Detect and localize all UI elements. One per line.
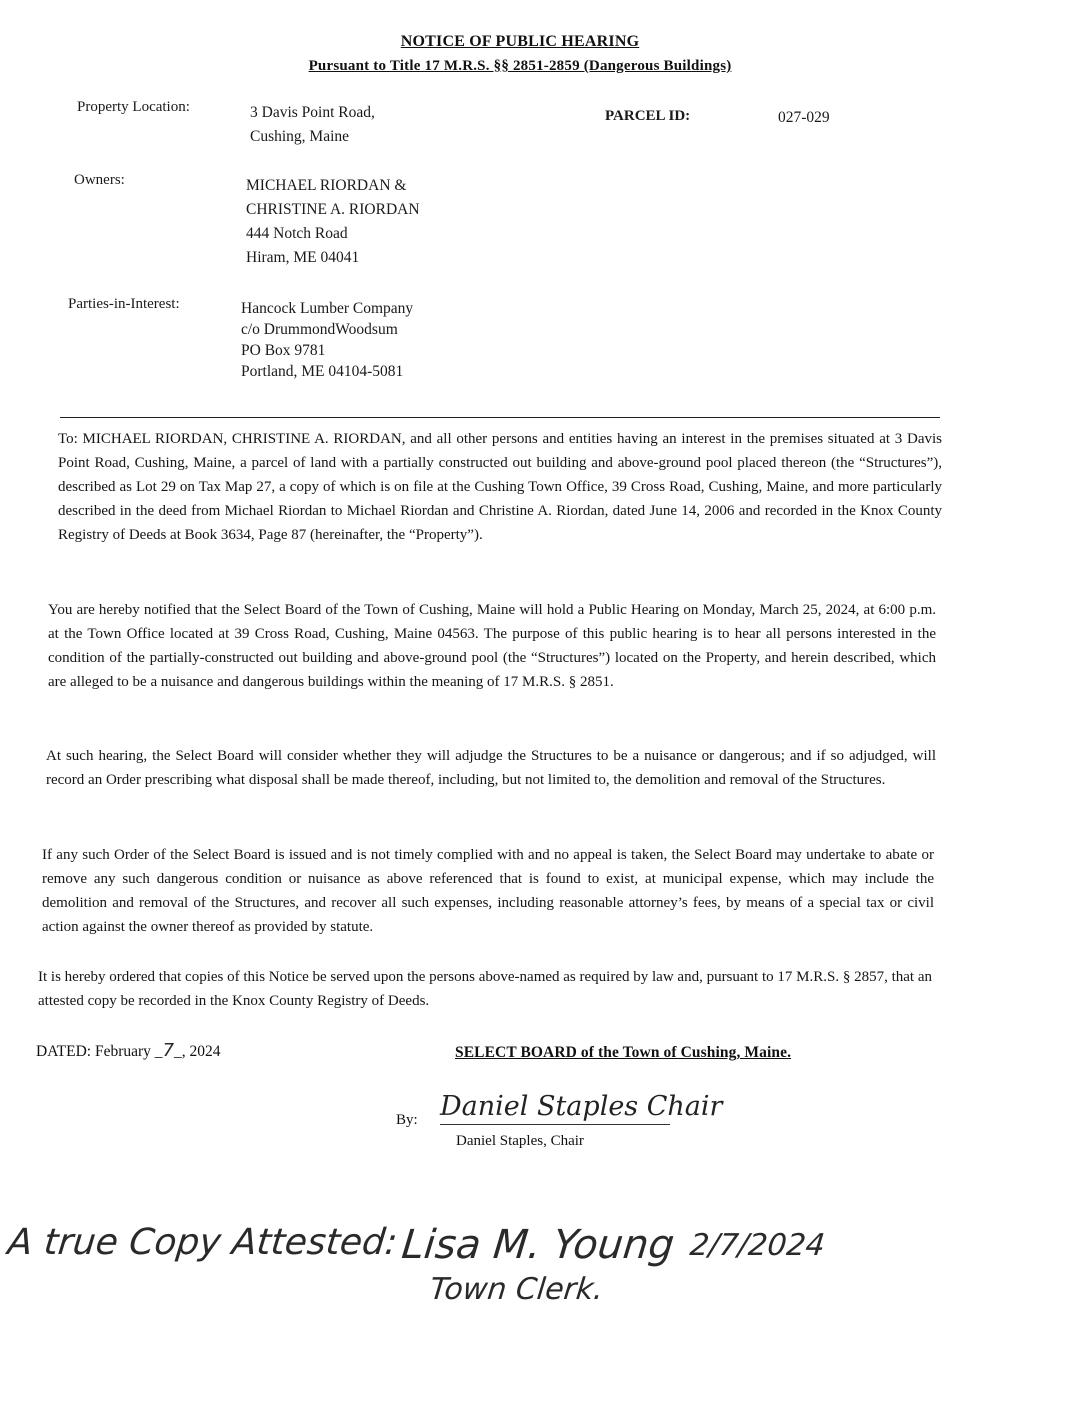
dated-suffix: _, 2024 <box>174 1043 221 1060</box>
select-board-label: SELECT BOARD of the Town of Cushing, Mai… <box>455 1044 791 1062</box>
party-line: c/o DrummondWoodsum <box>241 319 413 340</box>
owners-value: MICHAEL RIORDAN & CHRISTINE A. RIORDAN 4… <box>246 174 420 270</box>
clerk-title: Town Clerk. <box>428 1272 605 1307</box>
attestation-label: A true Copy Attested: <box>6 1222 399 1263</box>
signer-name: Daniel Staples, Chair <box>456 1133 584 1150</box>
paragraph-hearing-notice: You are hereby notified that the Select … <box>48 598 936 694</box>
paragraph-addressees: To: MICHAEL RIORDAN, CHRISTINE A. RIORDA… <box>58 427 942 547</box>
dated-prefix: February _ <box>95 1043 163 1060</box>
clerk-signature: Lisa M. Young <box>400 1222 677 1268</box>
by-label: By: <box>396 1112 418 1129</box>
owner-line: Hiram, ME 04041 <box>246 246 420 270</box>
parcel-id-label: PARCEL ID: <box>605 108 690 125</box>
owner-line: CHRISTINE A. RIORDAN <box>246 198 420 222</box>
owners-label: Owners: <box>74 172 125 189</box>
owner-line: MICHAEL RIORDAN & <box>246 174 420 198</box>
divider <box>60 417 940 418</box>
dated-day-handwritten: 7 <box>163 1040 174 1061</box>
party-line: PO Box 9781 <box>241 340 413 361</box>
party-line: Portland, ME 04104-5081 <box>241 361 413 382</box>
parcel-id-value: 027-029 <box>778 106 830 130</box>
dated-label: DATED: <box>36 1043 91 1060</box>
party-line: Hancock Lumber Company <box>241 298 413 319</box>
attestation-date: 2/7/2024 <box>688 1228 826 1263</box>
property-location-value: 3 Davis Point Road, Cushing, Maine <box>250 101 375 149</box>
chair-signature: Daniel Staples Chair <box>440 1090 670 1125</box>
owner-line: 444 Notch Road <box>246 222 420 246</box>
paragraph-enforcement: If any such Order of the Select Board is… <box>42 843 934 939</box>
property-location-line: Cushing, Maine <box>250 125 375 149</box>
parties-value: Hancock Lumber Company c/o DrummondWoods… <box>241 298 413 382</box>
property-location-label: Property Location: <box>77 99 190 116</box>
paragraph-hearing-scope: At such hearing, the Select Board will c… <box>46 744 936 792</box>
dated-line: DATED: February _7_, 2024 <box>36 1040 221 1061</box>
notice-subtitle: Pursuant to Title 17 M.R.S. §§ 2851-2859… <box>0 58 1040 75</box>
notice-title: NOTICE OF PUBLIC HEARING <box>0 33 1040 51</box>
property-location-line: 3 Davis Point Road, <box>250 101 375 125</box>
parties-label: Parties-in-Interest: <box>68 296 180 313</box>
paragraph-service-order: It is hereby ordered that copies of this… <box>38 965 932 1013</box>
